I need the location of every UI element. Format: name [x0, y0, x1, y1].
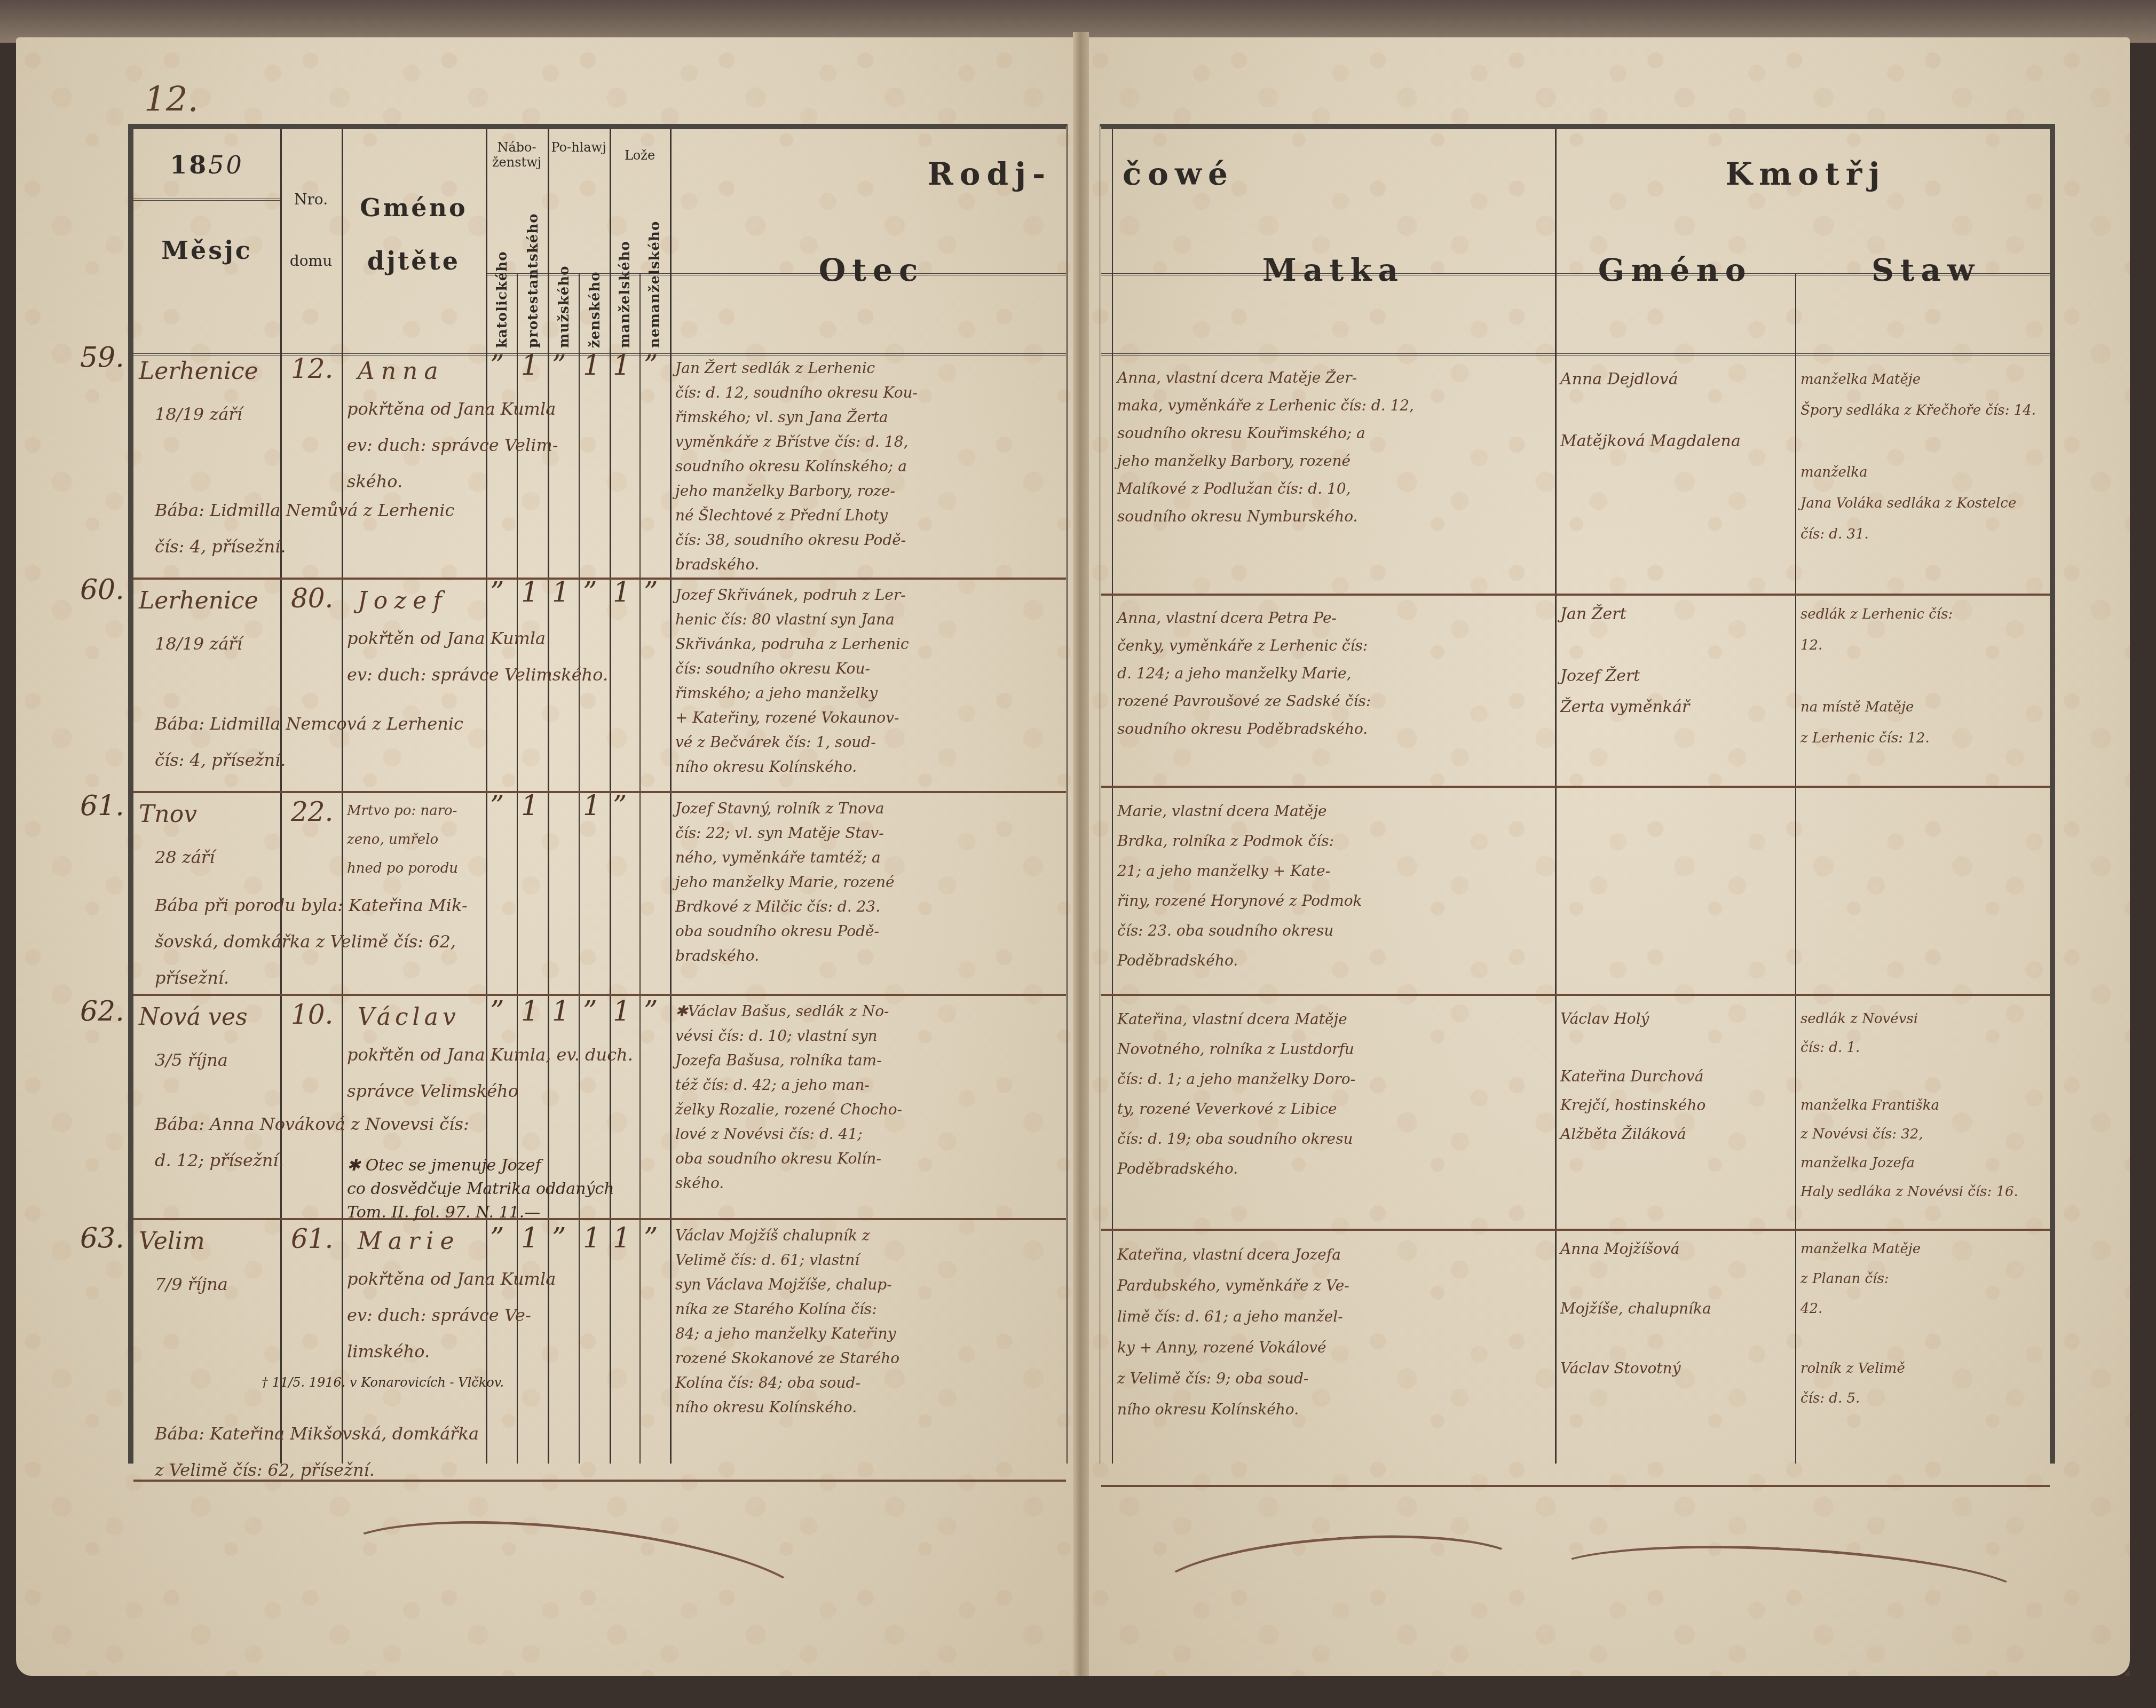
entry-number-61: 61. [80, 790, 124, 822]
header-godparent-status: Staw [1795, 252, 2057, 288]
entry-63-father: Václav Mojžíš chalupník z Velimě čís: d.… [675, 1223, 1070, 1420]
entry-59-place: Lerhenice [139, 353, 258, 390]
entry-63-godparent-name: Anna Mojžíšová Mojžíše, chalupníka Václa… [1560, 1234, 1795, 1383]
tick-mark: ” [644, 995, 658, 1027]
entry-59-child: Anna [358, 353, 445, 390]
entry-59-house: 12. [291, 351, 334, 387]
tick-mark: 1 [613, 1222, 630, 1254]
entry-60-father: Jozef Skřivánek, podruh z Ler- henic čís… [675, 583, 1070, 779]
entry-62-annotation: ✱ Otec se jmenuje Jozef co dosvědčuje Ma… [347, 1154, 689, 1224]
header-house-no: Nro. [280, 191, 342, 208]
header-female: ženského [587, 289, 603, 348]
tick-mark: 1 [583, 350, 601, 382]
entry-62-godparent-status: sedlák z Novévsi čís: d. 1. manželka Fra… [1800, 1005, 2051, 1206]
entry-61-father: Jozef Stavný, rolník z Tnova čís: 22; vl… [675, 796, 1070, 968]
entry-63-baptism: pokřtěna od Jana Kumla ev: duch: správce… [347, 1261, 678, 1370]
entry-60-godparent-name: Jan Žert Jozef Žert Žerta vyměnkář [1560, 599, 1795, 723]
header-mother: Matka [1112, 252, 1555, 288]
entry-62-baptism: pokřtěn od Jana Kumla, ev. duch. správce… [347, 1037, 689, 1109]
entry-60-house: 80. [291, 580, 334, 616]
entry-60-place: Lerhenice [139, 583, 258, 619]
entry-60-mother: Anna, vlastní dcera Petra Pe- čenky, vym… [1117, 604, 1550, 743]
header-father: Otec [670, 252, 1073, 288]
entry-59-mother: Anna, vlastní dcera Matěje Žer- maka, vy… [1117, 364, 1550, 531]
tick-mark: ” [613, 790, 627, 822]
tick-mark: ” [490, 995, 504, 1027]
entry-63-margin-note: † 11/5. 1916. v Konarovicích - Vlčkov. [262, 1373, 518, 1392]
entry-59-godparent-name: Anna Dejdlová Matějková Magdalena [1560, 364, 1795, 457]
header-catholic: katolického [494, 289, 510, 348]
entry-60-midwife: Bába: Lidmilla Nemcová z Lerhenic čís: 4… [155, 706, 689, 778]
header-legitimate: manželského [617, 284, 633, 348]
year-printed: 18 [170, 151, 208, 179]
entry-62-place: Nová ves [139, 999, 248, 1035]
register-grid-right: čowé Kmotřj Matka Gméno Staw Anna, vlast… [1100, 124, 2055, 1464]
entry-63-midwife: Bába: Kateřina Mikšovská, domkářka z Vel… [155, 1416, 689, 1488]
entry-62-child: Václav [358, 999, 460, 1035]
tick-mark: 1 [552, 576, 570, 608]
tick-mark: 1 [521, 576, 539, 608]
entry-62-mother: Kateřina, vlastní dcera Matěje Novotného… [1117, 1005, 1550, 1184]
entry-63-mother: Kateřina, vlastní dcera Jozefa Pardubské… [1117, 1239, 1550, 1425]
entry-63-date: 7/9 října [155, 1266, 228, 1302]
entry-60-child: Jozef [358, 583, 448, 619]
entry-61-child: Mrtvo po: naro- zeno, umřelo hned po por… [347, 796, 486, 883]
header-protestant: protestantského [525, 279, 541, 348]
header-male: mužského [556, 289, 572, 348]
tick-mark: 1 [583, 790, 601, 822]
entry-61-mother: Marie, vlastní dcera Matěje Brdka, rolní… [1117, 796, 1550, 976]
entry-63-godparent-status: manželka Matěje z Planan čís: 42. rolník… [1800, 1234, 2051, 1413]
tick-mark: 1 [552, 995, 570, 1027]
entry-63-house: 61. [291, 1221, 334, 1257]
tick-mark: 1 [521, 790, 539, 822]
header-legitimacy: Lože [610, 148, 670, 163]
entry-61-midwife: Bába při porodu byla: Kateřina Mik- šovs… [155, 887, 689, 996]
entry-59-father: Jan Žert sedlák z Lerhenic čís: d. 12, s… [675, 356, 1070, 577]
entry-number-59: 59. [80, 342, 124, 374]
entry-59-date: 18/19 září [155, 396, 242, 432]
year-handwritten: 50 [208, 151, 244, 179]
tick-mark: 1 [521, 350, 539, 382]
tick-mark: 1 [521, 995, 539, 1027]
entry-59-baptism: pokřtěna od Jana Kumla ev: duch: správce… [347, 391, 678, 500]
header-parents-left: Rodj- [670, 156, 1073, 192]
tick-mark: ” [583, 995, 597, 1027]
entry-number-63: 63. [80, 1222, 124, 1254]
header-house-domu: domu [280, 252, 342, 270]
tick-mark: 1 [613, 995, 630, 1027]
entry-60-baptism: pokřtěn od Jana Kumla ev: duch: správce … [347, 620, 678, 693]
header-month: Měsjc [133, 236, 280, 265]
header-illegitimate: nemanželského [647, 279, 663, 348]
tick-mark: ” [552, 1222, 566, 1254]
entry-62-house: 10. [291, 997, 334, 1033]
folio-number: 12. [144, 80, 199, 120]
entry-63-place: Velim [139, 1223, 205, 1260]
entry-62-godparent-name: Václav Holý Kateřina Durchová Krejčí, ho… [1560, 1005, 1795, 1149]
tick-mark: ” [552, 350, 566, 382]
tick-mark: ” [644, 1222, 658, 1254]
header-godparent-name: Gméno [1555, 252, 1795, 288]
book-gutter [1073, 32, 1089, 1676]
tick-mark: ” [490, 1222, 504, 1254]
entry-61-place: Tnov [139, 796, 197, 833]
tick-mark: ” [490, 350, 504, 382]
tick-mark: 1 [583, 1222, 601, 1254]
header-child: djtěte [342, 247, 486, 275]
tick-mark: 1 [521, 1222, 539, 1254]
entry-61-date: 28 září [155, 839, 215, 875]
entry-number-62: 62. [80, 995, 124, 1027]
tick-mark: ” [644, 350, 658, 382]
entry-61-house: 22. [291, 794, 334, 830]
entry-60-date: 18/19 září [155, 626, 242, 662]
tick-mark: ” [644, 576, 658, 608]
header-godparents: Kmotřj [1555, 156, 2057, 192]
header-parents-right: čowé [1123, 156, 1336, 192]
header-religion: Nábo-ženstwj [486, 140, 548, 170]
header-sex: Po-hlawj [548, 140, 610, 155]
entry-62-father: ✱Václav Bašus, sedlák z No- vévsi čís: d… [675, 999, 1070, 1196]
header-child-name: Gméno [342, 193, 486, 222]
tick-mark: ” [490, 576, 504, 608]
entry-59-midwife: Bába: Lidmilla Nemůvá z Lerhenic čís: 4,… [155, 492, 689, 565]
entry-63-child: Marie [358, 1223, 460, 1260]
tick-mark: 1 [613, 576, 630, 608]
tick-mark: ” [583, 576, 597, 608]
tick-mark: 1 [613, 350, 630, 382]
tick-mark: ” [490, 790, 504, 822]
entry-59-godparent-status: manželka Matěje Špory sedláka z Křečhoře… [1800, 364, 2051, 550]
entry-60-godparent-status: sedlák z Lerhenic čís: 12. na místě Matě… [1800, 599, 2051, 754]
entry-62-date: 3/5 října [155, 1042, 228, 1078]
entry-number-60: 60. [80, 574, 124, 606]
